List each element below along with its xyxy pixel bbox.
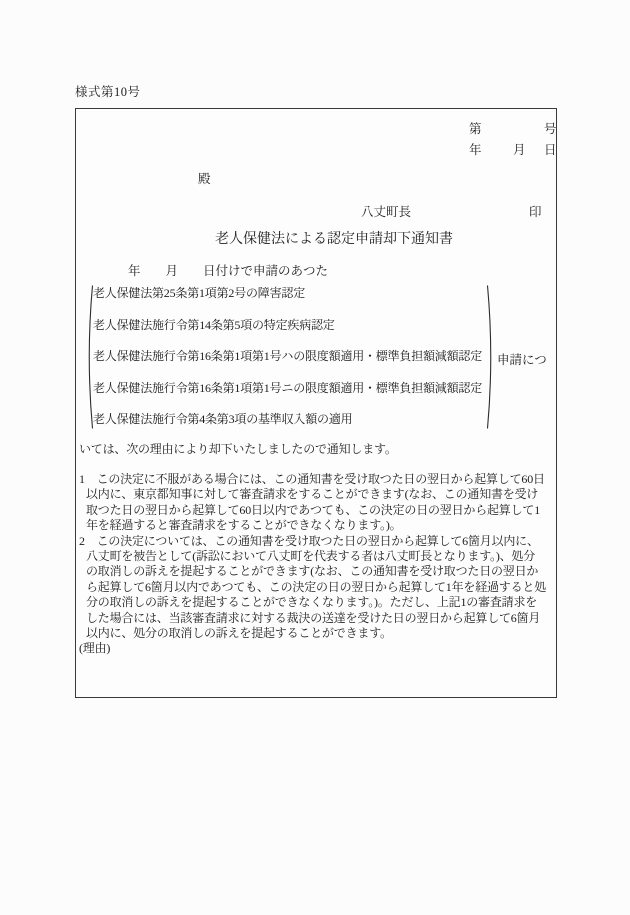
notification-sentence: いては、次の理由により却下いたしましたので通知します。 [79, 440, 397, 457]
notice-document-frame: 第 号 年 月 日 殿 八丈町長 印 老人保健法による認定申請却下通知書 年 月… [75, 108, 557, 698]
doc-number-prefix: 第 [469, 119, 482, 137]
doc-number-suffix: 号 [544, 119, 557, 137]
appeal-paragraph-1: 1 この決定に不服がある場合には、この通知書を受け取つた日の翌日から起算して60… [79, 472, 555, 534]
date-year-label: 年 [469, 140, 482, 158]
appeal-instructions: 1 この決定に不服がある場合には、この通知書を受け取つた日の翌日から起算して60… [79, 472, 555, 641]
reason-label: (理由) [79, 639, 110, 656]
right-bracket [486, 284, 496, 430]
document-title: 老人保健法による認定申請却下通知書 [215, 228, 453, 248]
form-number-label: 様式第10号 [75, 82, 141, 100]
document-page: 様式第10号 第 号 年 月 日 殿 八丈町長 印 老人保健法による認定申請却下… [0, 0, 630, 915]
application-date-phrase: 年 月 日付けで申請のあつた [128, 261, 328, 279]
issuer-name: 八丈町長 [361, 202, 411, 220]
date-day-label: 日 [544, 140, 557, 158]
certification-options-list: 老人保健法第25条第1項第2号の障害認定老人保健法施行令第14条第5項の特定疾病… [93, 286, 487, 426]
addressee-honorific: 殿 [198, 169, 211, 187]
seal-mark: 印 [529, 202, 542, 220]
date-month-label: 月 [513, 140, 526, 158]
appeal-paragraph-2: 2 この決定については、この通知書を受け取つた日の翌日から起算して6箇月以内に、… [79, 534, 555, 642]
bracket-trailing-text: 申請につ [497, 350, 547, 368]
